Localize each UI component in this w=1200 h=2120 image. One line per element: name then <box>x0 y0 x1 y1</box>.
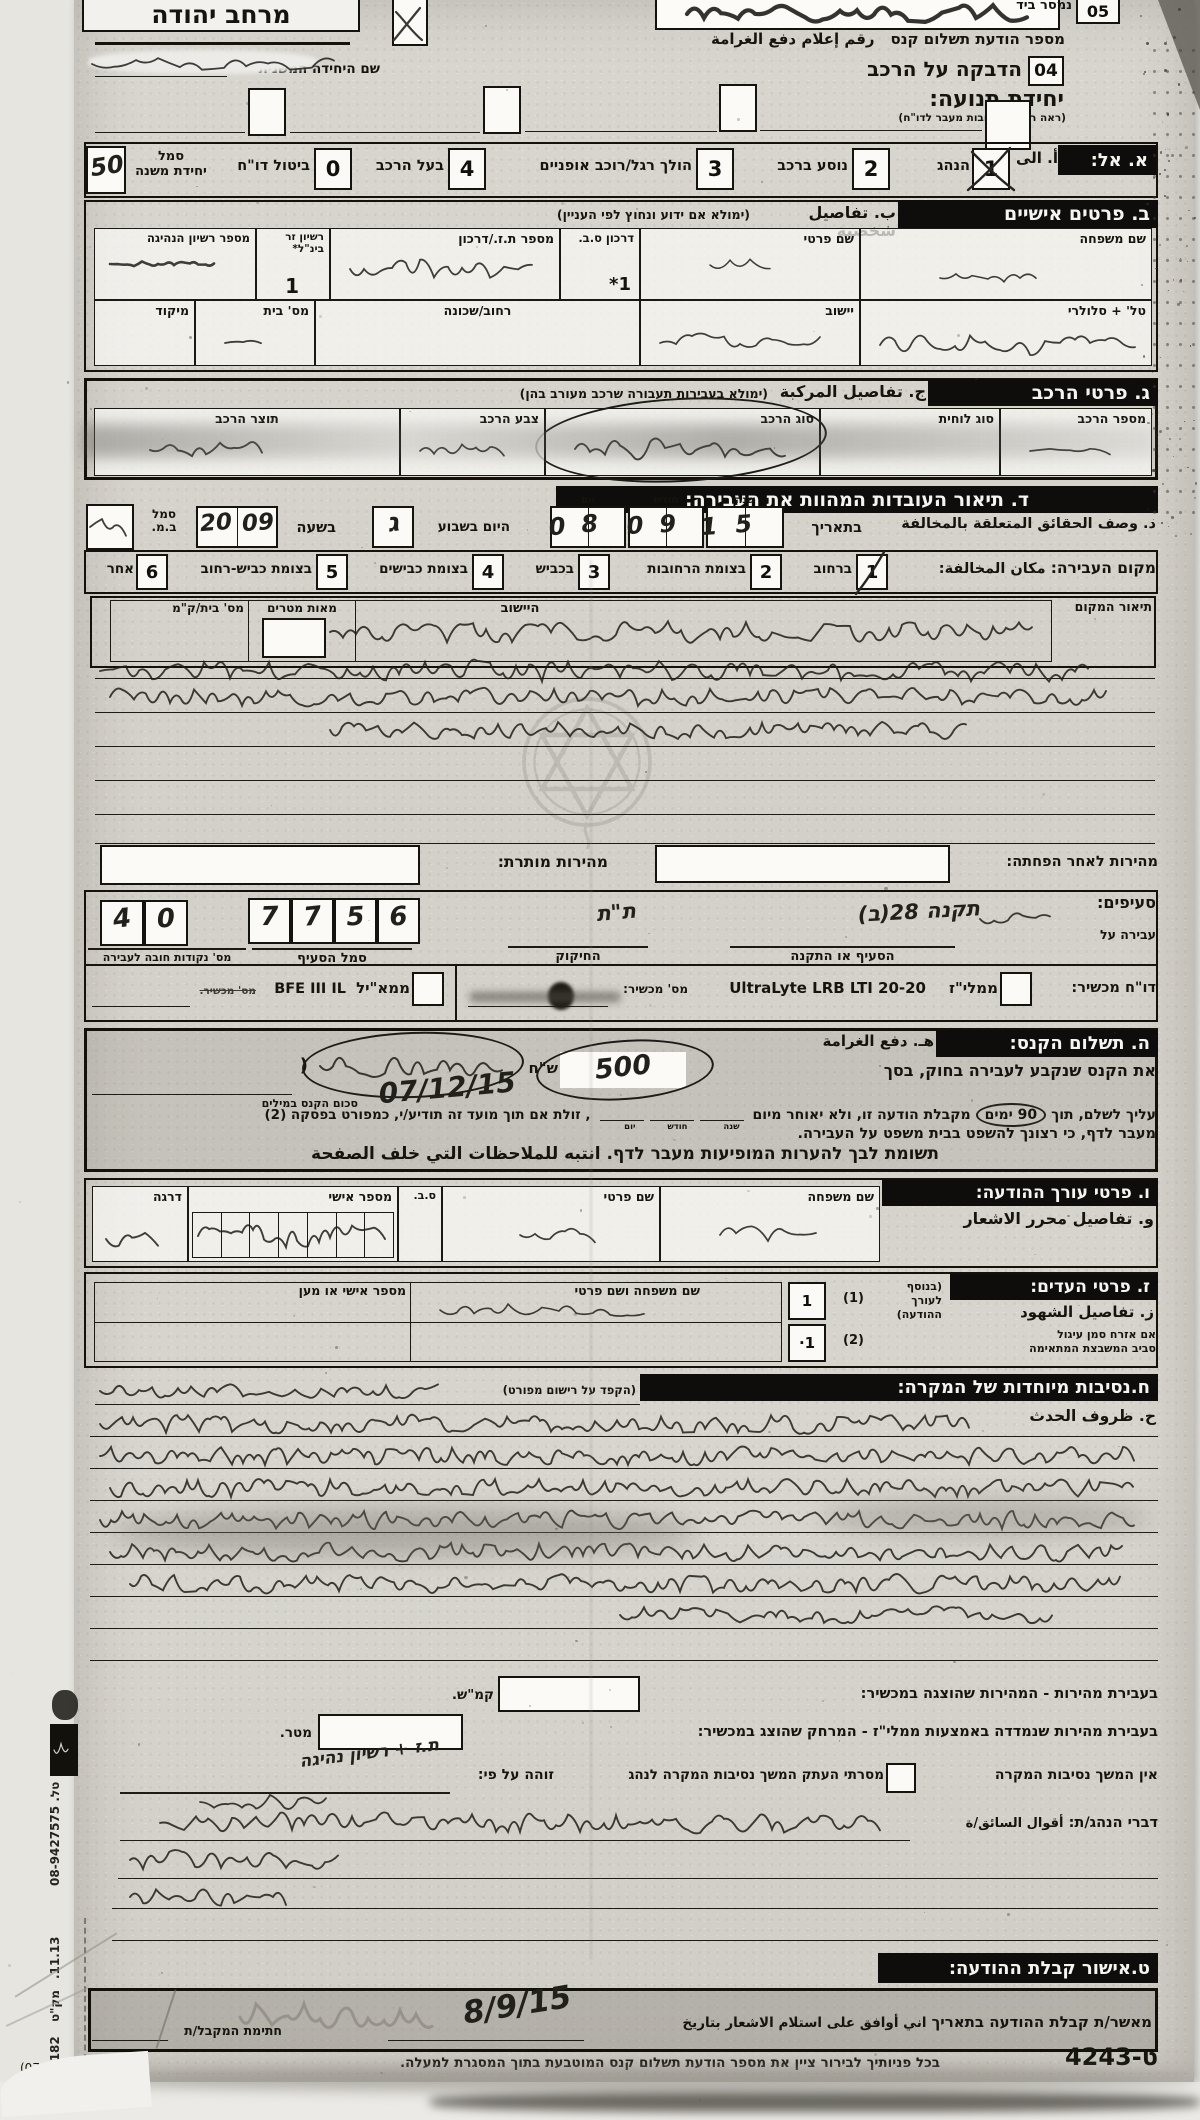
date-year-value: 15 <box>705 507 785 540</box>
location-option-label-6: אחר <box>96 562 134 577</box>
zip-field: מיקוד <box>94 300 195 366</box>
first-name-label: שם פרטי <box>641 229 859 246</box>
plate-type-field: סוג לוחית <box>820 408 1000 476</box>
location-option-box-6: 6 <box>136 554 168 590</box>
catalog-label: מק"ט <box>48 1990 62 2034</box>
notice-label-ar: رقم إعلام دفع الغرامة <box>711 31 875 48</box>
laser-device-no-line <box>468 1006 608 1007</box>
handwriting-scribble <box>100 1378 445 1404</box>
catalog-number: 03182 <box>48 2036 62 2088</box>
clause-symbol-digit-3: 7 <box>290 900 336 934</box>
weekday-value: ג <box>371 506 416 540</box>
location-option-label-4: בצומת כבישים <box>362 562 468 577</box>
scan-speckle <box>1194 497 1196 499</box>
fine-intro: את הקנס שנקבע לעבירה בחוק, בסך <box>694 1062 1156 1080</box>
place-desc-label: תיאור המקום <box>1058 600 1152 614</box>
laser-device-no-label: מס' מכשיר: <box>612 983 688 997</box>
speed-shown-label: בעבירת מהירות - המהירות שהוצגה במכשיר: <box>648 1686 1158 1702</box>
unit-baseline <box>760 130 982 131</box>
sb-label: ס.ב. <box>578 231 602 245</box>
section-g-note-1: אם אזרח סמן עיגול <box>1057 1328 1156 1341</box>
section-g-aside: (בנוסף לעורך ההודעה) <box>864 1280 942 1321</box>
license-number-label: מספר רשיון הנהיגה <box>95 229 255 245</box>
recipient-option-label-1: הנהג <box>912 158 970 174</box>
sticker-code-box: 04 <box>1028 56 1064 86</box>
attention-ar: انتبه للملاحظات التي خلف الصفحة <box>311 1144 601 1164</box>
pay-text-a: עליך לשלם, תוך <box>1051 1107 1156 1123</box>
check-mark-icon <box>390 0 426 46</box>
zip-label: מיקוד <box>95 301 194 318</box>
laser-label: ממלי"ז <box>928 980 998 997</box>
driver-label-he: דברי הנהג/ת: <box>1069 1815 1158 1831</box>
section-g-note-2: סביב המשבצת המתאימה <box>1029 1342 1156 1355</box>
unit-symbol-label-2: יחידת משנה <box>135 164 207 179</box>
officer-personal-label: מספר אישי <box>189 1187 397 1204</box>
witness-name-label: שם משפחה ושם פרטי <box>500 1284 700 1298</box>
unit-field-box <box>719 84 757 132</box>
handwriting-scribble <box>106 1226 166 1252</box>
location-title-ar: مكان المخالفة: <box>939 561 1046 577</box>
signature-scribble <box>240 1996 440 2038</box>
handwriting-scribble <box>110 682 1110 712</box>
ruled-line <box>90 1660 1158 1661</box>
family-name-field: שם משפחה <box>860 228 1152 300</box>
section-c-title-ar: ج. تفاصيل المركبة <box>772 383 926 401</box>
street-label: רחוב/שכונה <box>316 301 639 318</box>
driver-label-ar: أقوال السائق/ة <box>966 1816 1064 1831</box>
handwriting-scribble <box>110 1538 1130 1566</box>
location-option-label-1: ברחוב <box>794 562 852 577</box>
ruled-line <box>118 1878 1158 1879</box>
section-e-title-text: ה. תשלום הקנס: <box>1010 1033 1151 1054</box>
confirm-he: מאשר/ת קבלת ההודעה בתאריך <box>932 2013 1152 2031</box>
attention-he: תשומת לבך להערות המופיעות מעבר לדף. <box>606 1144 939 1164</box>
ruled-line <box>95 843 1155 844</box>
witness-row2-num: (2) <box>834 1334 864 1349</box>
day-label: יום <box>550 494 626 506</box>
handwriting-scribble <box>130 1570 1120 1598</box>
copy-given-checkbox <box>886 1763 916 1793</box>
officer-sb-label: ס.ב. <box>399 1187 441 1202</box>
points-digit-2: 4 <box>98 901 145 936</box>
pay-text-e: מעבר לדף, כי רצונך להשפט בבית משפט על הע… <box>640 1126 1156 1142</box>
handwriting-scribble <box>420 438 516 464</box>
unit-baseline <box>290 132 480 133</box>
top-checkbox <box>392 0 428 46</box>
section-f-title-ar: و. تفاصيل محرر الاشعار <box>904 1210 1154 1228</box>
notice-number-label: מספר הודעת תשלום קנס رقم إعلام دفع الغرا… <box>560 31 1065 48</box>
print-version: 11.13. <box>48 1936 62 1986</box>
ruled-line <box>95 678 1155 679</box>
witness-row1-box: 1 <box>788 1282 826 1320</box>
officer-first-label: שם פרטי <box>443 1187 659 1204</box>
section-g-note: אם אזרח סמן עיגול סביב המשבצת המתאימה <box>938 1328 1156 1357</box>
distance-label: בעבירת מהירות שנמדדה באמצעות ממלי"ז - המ… <box>468 1724 1158 1740</box>
handwriting-scribble <box>100 1442 1140 1470</box>
hour-value-2: 20 <box>195 509 237 538</box>
handwriting-scribble <box>92 50 342 78</box>
section-g-title: ז. פרטי העדים: <box>950 1274 1158 1300</box>
device-report-label: דו"ח מכשיר: <box>1040 980 1156 996</box>
section-c-title-text: ג. פרטי הרכב <box>1032 382 1150 404</box>
handwriting-scribble <box>130 1846 340 1874</box>
vehicle-maker-label: תוצר הרכב <box>95 409 399 426</box>
ruled-line <box>95 780 1155 781</box>
printer-tiny-text <box>54 1732 74 1768</box>
section-f-title-text: ו. פרטי עורך ההודעה: <box>976 1183 1150 1203</box>
unit-baseline <box>95 132 245 133</box>
handwriting-scribble <box>130 1884 290 1910</box>
handwriting-scribble <box>660 330 830 356</box>
ruled-line <box>112 1908 1158 1909</box>
recipient-option-box-4: 4 <box>448 148 486 190</box>
laser-checkbox <box>1000 972 1032 1006</box>
location-option-box-3: 3 <box>578 554 610 590</box>
recipient-option-label-0: ביטול דו"ח <box>218 158 310 174</box>
amount-words-line <box>92 1094 292 1095</box>
section-h-title-text: ח.נסיבות מיוחדות של המקרה: <box>897 1377 1150 1398</box>
points-digit-1: 0 <box>143 903 189 936</box>
unit-symbol-label: סמל יחידת משנה <box>128 150 214 179</box>
printer-logo-blob <box>52 1690 78 1720</box>
phone-label: טל' + סלולרי <box>861 301 1151 318</box>
recipient-option-box-3: 3 <box>696 148 734 190</box>
speed-after-label: מהירות לאחר הפחתה: <box>958 854 1158 870</box>
witness-row2-box: 1· <box>788 1324 826 1362</box>
copy-given-label: מסרתי העתק המשך נסיבות המקרה לנהג <box>556 1768 884 1783</box>
foreign-license-label-2: בינ"ל* <box>292 243 324 255</box>
plate-type-label: סוג לוחית <box>821 409 999 426</box>
section-h-title: ח.נסיבות מיוחדות של המקרה: <box>640 1374 1158 1401</box>
kmh-label: קמ"ש. <box>442 1688 494 1703</box>
section-h-note: (הקפד על רישום מפורט) <box>452 1384 636 1397</box>
clause-symbol-digit-4: 7 <box>247 901 291 932</box>
handwriting-scribble <box>225 330 265 356</box>
clause-symbol-digit-1: 6 <box>376 900 421 934</box>
section-d-title-ar: د. وصف الحقائق المتعلقة بالمخالفة <box>886 516 1156 532</box>
ruled-line <box>90 1628 1158 1629</box>
section-h-title-ar: ح. ظروف الحدث <box>982 1408 1156 1425</box>
weekday-label: היום בשבוע <box>420 520 510 535</box>
year-label: שנה <box>706 494 784 506</box>
witness-id-label: מספר אישי או מען <box>228 1284 406 1298</box>
officer-sb-field: ס.ב. <box>398 1186 442 1262</box>
clauses-subtitle: עבירה על <box>1080 928 1156 942</box>
bm-symbol-label: סמלב.מ. <box>138 508 190 535</box>
radar-device-no-label: מס' מכשיר. <box>192 985 256 997</box>
date-month-value: 09 <box>627 508 704 540</box>
handwriting-scribble <box>980 906 1060 932</box>
section-e-title-ar: هـ. دفع الغرامة <box>790 1033 934 1050</box>
house-number-label: מס' בית <box>196 301 314 318</box>
section-g-title-text: ז. פרטי העדים: <box>1030 1277 1150 1297</box>
aside-2: לעורך <box>911 1294 942 1307</box>
recipient-option-box-0: 0 <box>314 148 352 190</box>
district-underline <box>95 42 350 45</box>
scan-speckle <box>8 1964 11 1967</box>
notice-label-he: מספר הודעת תשלום קנס <box>891 31 1065 48</box>
radar-model: BFE III IL <box>258 981 346 997</box>
bm-label-2: ב.מ. <box>151 520 176 534</box>
confirm-ar: اني أوافق على استلام الاشعار بتاريخ <box>682 2015 926 2031</box>
speed-after-box <box>655 845 950 883</box>
delivered-label: נמסר ביד <box>986 0 1072 13</box>
clauses-title: סעיפים: <box>1076 894 1156 912</box>
pen-stroke <box>596 1300 606 1358</box>
town-label: יישוב <box>641 301 859 318</box>
hour-label: בשעה <box>282 520 336 536</box>
speed-allowed-label: מהירות מותרת: <box>428 854 608 871</box>
ruled-line <box>120 1840 910 1841</box>
pay-text-90-days: 90 ימים <box>976 1103 1046 1127</box>
section-i-title-text: ט.אישור קבלת ההודעה: <box>949 1958 1150 1979</box>
identified-by-label: זוהה על פי: <box>448 1768 554 1784</box>
handwriting-scribble <box>90 514 130 540</box>
handwriting-scribble <box>880 328 1138 362</box>
clause-symbol-digit-2: 5 <box>333 901 378 933</box>
section-e-title: ה. תשלום הקנס: <box>936 1030 1158 1057</box>
speed-shown-box <box>498 1676 640 1712</box>
printer-phone: טל. 08-9427575 <box>48 1782 62 1930</box>
location-option-box-2: 2 <box>750 554 782 590</box>
aside-3: ההודעה) <box>897 1308 942 1321</box>
handwriting-scribble <box>150 434 270 466</box>
officer-family-label: שם משפחה <box>661 1187 879 1204</box>
handwriting-scribble <box>160 1806 890 1840</box>
handwriting-scribble <box>710 252 780 278</box>
handwriting-scribble <box>940 268 1050 288</box>
slash-mark-icon <box>850 548 894 596</box>
recipient-option-label-3: הולך רגל/רוכב אופניים <box>496 158 692 174</box>
handwriting-scribble <box>520 1222 600 1248</box>
bm-label-1: סמל <box>152 507 176 521</box>
id-number-label: מספר ת.ז./דרכון <box>331 229 559 246</box>
handwriting-scribble <box>350 252 540 286</box>
family-name-label: שם משפחה <box>861 229 1151 246</box>
recipient-option-label-2: נוסע ברכב <box>742 158 848 174</box>
unit-line <box>95 76 227 77</box>
foreign-license-mark: 1 <box>285 275 299 297</box>
section-i-title: ט.אישור קבלת ההודעה: <box>878 1953 1158 1983</box>
paper-bottom-dark-streak <box>430 2092 1200 2112</box>
section-f-title: ו. פרטי עורך ההודעה: <box>882 1180 1158 1206</box>
passport-label: דרכון <box>606 231 634 245</box>
handwriting-scribble <box>687 2 1027 26</box>
handwriting-scribble <box>330 716 970 744</box>
clause-label: הסעיף או התקנה <box>730 946 955 965</box>
location-option-label-2: בצומת הרחובות <box>624 562 746 577</box>
form-code: ט-4243 <box>1020 2044 1158 2071</box>
section-b-note: (ימולא אם ידוע ונחוץ לפי העניין) <box>468 208 750 222</box>
foreign-license-label-1: רשיון זר <box>285 231 324 243</box>
printer-black-bar <box>50 1724 78 1776</box>
handwriting-scribble <box>440 1298 660 1322</box>
street-field: רחוב/שכונה <box>315 300 640 366</box>
section-b-title: ב. פרטים אישיים <box>898 200 1158 228</box>
radar-device-no-line <box>92 1006 190 1007</box>
meter-label: מטר. <box>262 1726 312 1741</box>
location-option-label-3: בכביש <box>520 562 574 577</box>
section-a-title-text: א. אל: <box>1091 150 1148 171</box>
unit-baseline <box>525 131 717 132</box>
handwriting-scribble <box>198 1218 388 1254</box>
scan-speckle <box>699 2099 701 2101</box>
delivered-code-box: 05 <box>1076 0 1120 24</box>
handwriting-scribble <box>330 614 1040 650</box>
ruled-line <box>95 712 1155 713</box>
receipt-confirm-text: מאשר/ת קבלת ההודעה בתאריך اني أوافق على … <box>582 2012 1152 2031</box>
traffic-unit-title: יחידת תנועה: <box>868 88 1064 113</box>
passport-field: דרכון ס.ב. 1* <box>560 228 640 300</box>
location-title-he: מקום העבירה: <box>1051 559 1156 577</box>
district-title: מרחב יהודה <box>151 1 290 29</box>
pen-stroke <box>636 598 646 690</box>
points-label: מס' נקודות חובה לעבירה <box>88 948 246 964</box>
scanned-traffic-fine-form: מרחב יהודה נמסר ביד 05 מספר הודעת תשלום … <box>0 0 1200 2120</box>
location-option-label-5: בצומת כביש-רחוב <box>182 562 312 577</box>
plate-number-field: מספר הרכב <box>1000 408 1152 476</box>
foreign-license-field: רשיון זרבינ"ל* 1 <box>256 228 330 300</box>
ruled-line <box>95 746 1155 747</box>
devices-divider <box>455 964 457 1022</box>
mini-day-label: יום <box>624 1122 635 1132</box>
speed-allowed-box <box>100 845 420 885</box>
footer-note: בכל פניותיך לבירור ציין את מספר הודעת תש… <box>330 2056 1010 2071</box>
radar-label: ממא"יל <box>348 980 410 997</box>
section-a-title-ar: أ. الى <box>1014 150 1058 167</box>
location-option-box-4: 4 <box>472 554 504 590</box>
unit-symbol-label-1: סמל <box>158 149 184 164</box>
handwriting-scribble <box>720 1220 830 1250</box>
scan-speckle <box>12 1673 13 1674</box>
vehicle-color-label: צבע הרכב <box>401 409 544 426</box>
place-house-label: מס' בית/ק"מ <box>114 602 244 615</box>
unit-symbol-value: 50 <box>86 149 128 182</box>
pay-text-c: מקבלת הודעה זו, ולא יאוחר מיום <box>753 1107 971 1123</box>
location-option-box-5: 5 <box>316 554 348 590</box>
handwriting-scribble <box>100 1506 1140 1534</box>
section-b-title-text: ב. פרטים אישיים <box>1004 203 1150 225</box>
aside-1: (בנוסף <box>907 1280 942 1293</box>
section-c-title: ג. פרטי הרכב <box>928 379 1158 406</box>
plate-number-label: מספר הרכב <box>1001 409 1151 426</box>
ruled-line <box>112 1940 1158 1941</box>
ink-smear <box>470 992 620 1002</box>
attention-line: תשומת לבך להערות המופיעות מעבר לדף. انتب… <box>100 1144 1150 1164</box>
laser-model: UltraLyte LRB LTI 20-20 <box>688 980 926 997</box>
section-g-title-ar: ز. تفاصيل الشهود <box>958 1304 1154 1321</box>
scan-speckle <box>1195 482 1197 484</box>
sticker-label: הדבקה על הרכב <box>700 58 1022 80</box>
unit-field-box <box>483 86 521 134</box>
unit-field-box <box>248 88 286 136</box>
officer-rank-label: דרגה <box>93 1187 187 1204</box>
scan-bed-bottom <box>0 2082 1200 2120</box>
location-title: מקום העבירה: مكان المخالفة: <box>896 558 1156 577</box>
handwriting-scribble <box>620 1602 1060 1628</box>
witness-table-midline <box>94 1322 782 1323</box>
recipient-option-label-4: בעל הרכב <box>360 158 444 174</box>
scan-speckle <box>19 1201 21 1203</box>
section-a-title: א. אל: <box>1058 145 1156 175</box>
scan-speckle <box>67 381 69 383</box>
scratched-out-line <box>110 258 220 270</box>
witness-row1-num: (1) <box>834 1292 864 1307</box>
clauses-divider <box>84 964 1158 966</box>
month-label: חודש <box>628 494 704 506</box>
handwriting-scribble <box>1030 444 1110 458</box>
law-label: החיקוק <box>508 946 648 965</box>
recipient-option-box-2: 2 <box>852 148 890 190</box>
radar-checkbox <box>412 972 444 1006</box>
district-box: מרחב יהודה <box>82 0 360 32</box>
pay-text-d: , זולת אם תוך מועד זה תודיע/י, כמפורט בפ… <box>264 1107 590 1123</box>
ruled-line <box>95 814 1155 815</box>
ruled-line <box>95 1404 640 1405</box>
x-mark-icon <box>964 142 1018 196</box>
handwriting-scribble <box>100 1410 970 1438</box>
traffic-unit-note: (ראה רשימת כתובות מעבר לדו"ח) <box>856 112 1066 124</box>
receipt-date-line <box>388 2040 584 2041</box>
passport-mark: 1* <box>609 275 631 295</box>
no-continuation-label: אין המשך נסיבות המקרה <box>922 1768 1158 1784</box>
fold-dashed-line <box>84 1918 86 2070</box>
hour-value-1: 09 <box>237 509 279 538</box>
date-label: בתאריך <box>790 520 862 536</box>
handwriting-scribble <box>110 1474 1140 1502</box>
driver-statement-label: דברי הנהג/ת: أقوال السائق/ة <box>905 1812 1158 1832</box>
